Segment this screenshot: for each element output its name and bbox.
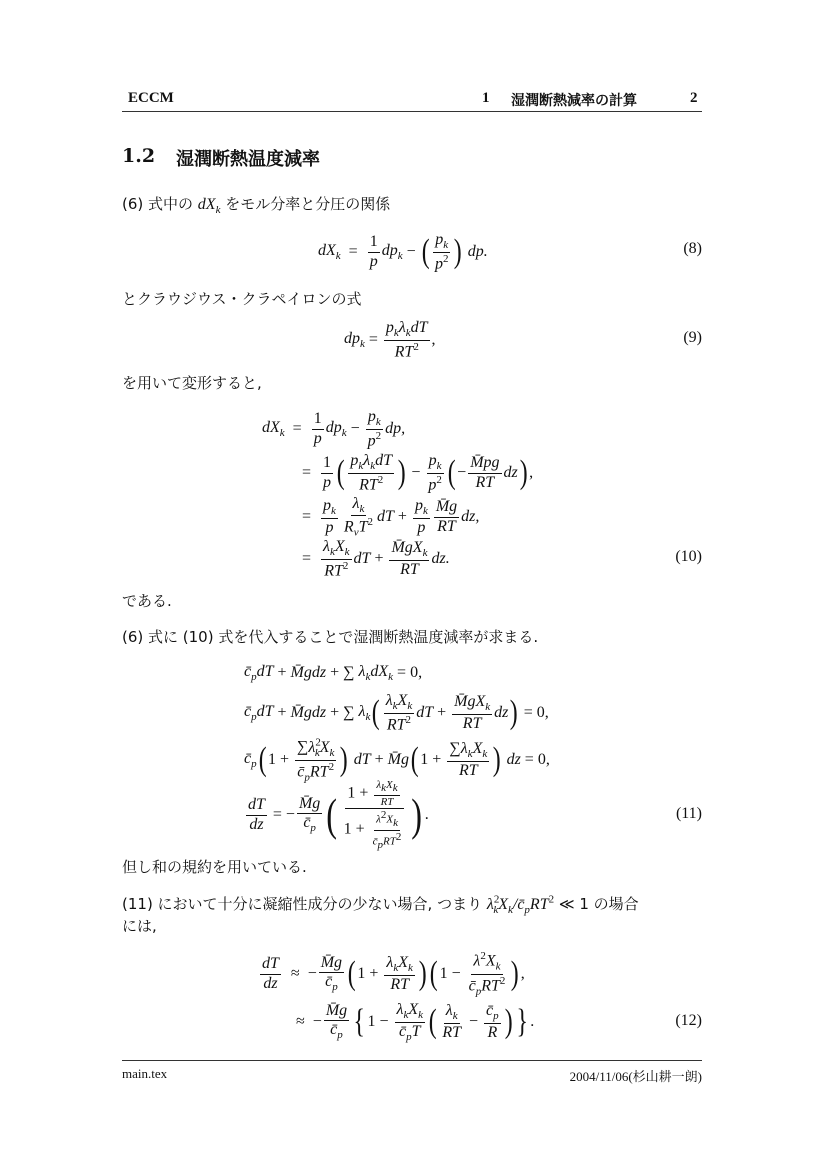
paragraph-5: (6) 式に (10) 式を代入することで湿潤断熱温度減率が求まる. bbox=[122, 626, 538, 647]
running-header-section-title: 湿潤断熱減率の計算 bbox=[511, 90, 637, 110]
equation-10-line-1: dXk = 1pdpk − pkp2dp, bbox=[262, 407, 405, 451]
equation-9: dpk = pkλkdTRT2, bbox=[344, 318, 436, 362]
equation-number-11: (11) bbox=[676, 805, 702, 823]
equation-12-line-1: dTdz ≈ − M̄gc̄p (1 + λkXkRT) (1 − λ2Xkc̄… bbox=[258, 948, 525, 1000]
footer-date-author: 2004/11/06(杉山耕一朗) bbox=[570, 1066, 702, 1085]
paragraph-4: である. bbox=[122, 590, 172, 611]
equation-11-line-4: dTdz = − M̄gc̄p ( 1 + λkXkRT1 + λ2Xkc̄pR… bbox=[244, 784, 429, 846]
paragraph-6: 但し和の規約を用いている. bbox=[122, 856, 307, 877]
equation-10-line-3: = pkp λkRvT2dT + pkp M̄gRTdz, bbox=[302, 494, 479, 540]
header-rule bbox=[122, 111, 702, 112]
equation-8: dXk = 1p dpk − (pkp2) dp. bbox=[318, 228, 488, 276]
equation-11-line-2: c̄pdT + M̄gdz + ∑ λk (λkXkRT2dT + M̄gXkR… bbox=[244, 688, 549, 738]
equation-10-line-2: = 1p (pkλkdTRT2) − pkp2 (−M̄pgRTdz), bbox=[302, 448, 533, 498]
paragraph-2: とクラウジウス・クラペイロンの式 bbox=[122, 288, 362, 309]
equation-number-8: (8) bbox=[683, 240, 702, 258]
page-number: 2 bbox=[690, 90, 698, 107]
running-header-section-number: 1 bbox=[482, 90, 490, 107]
equation-number-10: (10) bbox=[675, 548, 702, 566]
equation-11-line-3: c̄p (1 + ∑λ2kXkc̄pRT2) dT + M̄g (1 + ∑λk… bbox=[244, 735, 550, 785]
paragraph-3: を用いて変形すると, bbox=[122, 372, 262, 393]
equation-number-9: (9) bbox=[683, 329, 702, 347]
section-number: 1.2 bbox=[122, 145, 155, 167]
equation-number-12: (12) bbox=[675, 1012, 702, 1030]
footer-rule bbox=[122, 1060, 702, 1061]
paragraph-7: (11) において十分に凝縮性成分の少ない場合, つまり λ2kXk/c̄pRT… bbox=[122, 893, 639, 916]
section-title: 湿潤断熱温度減率 bbox=[176, 145, 320, 171]
equation-11-line-1: c̄pdT + M̄gdz + ∑ λkdXk = 0, bbox=[244, 660, 422, 686]
paragraph-7-continued: には, bbox=[122, 915, 157, 936]
paragraph-1: (6) 式中の dXk をモル分率と分圧の関係 bbox=[122, 193, 390, 216]
equation-10-line-4: = λkXkRT2dT + M̄gXkRTdz. bbox=[302, 536, 450, 582]
footer-filename: main.tex bbox=[122, 1066, 167, 1082]
running-header-left: ECCM bbox=[128, 90, 174, 107]
equation-12-line-2: ≈ − M̄gc̄p {1 − λkXkc̄pT (λkRT − c̄pR)}. bbox=[296, 996, 534, 1048]
